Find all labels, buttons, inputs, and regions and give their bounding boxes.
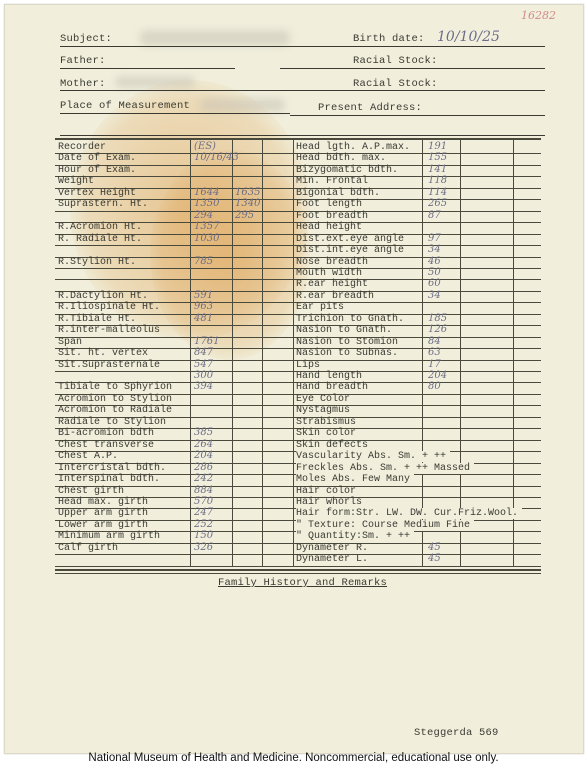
father-label: Father: (60, 55, 106, 67)
racial-stock-1-line (280, 68, 545, 69)
right-row-label: Moles Abs. Few Many (296, 474, 414, 485)
left-row-label: R.Stylion Ht. (58, 257, 136, 268)
left-row-value-1: 1357 (194, 221, 219, 232)
left-row-value-2: 1635 (235, 187, 260, 198)
right-row-value: 34 (428, 290, 441, 301)
left-row-value-1: 1644 (194, 187, 219, 198)
right-row-label: Eye Color (296, 394, 350, 405)
racial-stock-1-label: Racial Stock: (353, 55, 438, 67)
right-row-label: Hair form:Str. LW. DW. Cur.Friz.Wool. (296, 508, 522, 519)
column-divider (513, 139, 514, 566)
left-row-label: Vertex Height (58, 188, 136, 199)
right-row-value: 126 (428, 324, 447, 335)
right-row-value: 80 (428, 381, 441, 392)
right-row-label: Hair whorls (296, 497, 362, 508)
left-row-label: R.Dactylion Ht. (58, 291, 148, 302)
racial-stock-2-line (290, 90, 545, 91)
right-row-label: Nasion to Gnath. (296, 325, 392, 336)
right-row-value: 34 (428, 244, 441, 255)
right-row-label: R.ear breadth (296, 291, 374, 302)
left-row-label: Chest girth (58, 486, 124, 497)
left-row-label: Tibiale to Sphyrion (58, 382, 172, 393)
subject-label: Subject: (60, 33, 112, 45)
right-row-label: Hand breadth (296, 382, 368, 393)
table-bottom-rule (55, 569, 541, 571)
left-row-label: Upper arm girth (58, 508, 148, 519)
right-row-label: Vascularity Abs. Sm. + ++ (296, 451, 450, 462)
left-row-label: Date of Exam. (58, 153, 136, 164)
right-row-label: Head height (296, 222, 362, 233)
left-row-label: Calf girth (58, 543, 118, 554)
left-row-value-1: 785 (194, 256, 213, 267)
table-top-rule (55, 138, 541, 140)
left-row-value-1: 1030 (194, 233, 219, 244)
left-row-label: Radiale to Stylion (58, 417, 166, 428)
right-row-value: 191 (428, 141, 447, 152)
left-row-label: Recorder (58, 142, 106, 153)
father-line (60, 68, 235, 69)
right-row-label: " Texture: Course Medium Fine (296, 520, 474, 531)
left-row-value-1: 547 (194, 359, 213, 370)
right-row-label: Strabismus (296, 417, 356, 428)
left-row-value-1: 570 (194, 496, 213, 507)
right-row-label: Head bdth. max. (296, 153, 386, 164)
column-divider (422, 139, 423, 566)
left-row-value-1: 264 (194, 439, 213, 450)
left-row-label: Sit. ht. vertex (58, 348, 148, 359)
right-row-label: Mouth width (296, 268, 362, 279)
left-row-label: R.Tibiale Ht. (58, 314, 136, 325)
racial-stock-2-label: Racial Stock: (353, 78, 438, 90)
footer-note: National Museum of Health and Medicine. … (0, 752, 587, 764)
left-row-value-1: 394 (194, 381, 213, 392)
right-row-label: Ear pits (296, 302, 344, 313)
subject-line (60, 46, 290, 47)
right-row-value: 46 (428, 256, 441, 267)
right-row-label: Nystagmus (296, 405, 350, 416)
left-row-label: Chest transverse (58, 440, 154, 451)
left-row-label: Acromion to Stylion (58, 394, 172, 405)
right-row-label: Nasion to Subnas. (296, 348, 398, 359)
birth-date-value: 10/10/25 (437, 29, 500, 45)
signature: Steggerda 569 (414, 727, 499, 739)
column-divider (190, 139, 191, 566)
left-row-value-1: 1350 (194, 198, 219, 209)
right-row-value: 87 (428, 210, 441, 221)
right-row-value: 84 (428, 336, 441, 347)
left-row-label: Head max. girth (58, 497, 148, 508)
left-row-value-1: 481 (194, 313, 213, 324)
right-row-label: Dist.int.eye angle (296, 245, 404, 256)
left-row-label: R.Acromion Ht. (58, 222, 142, 233)
mother-line (60, 90, 290, 91)
remarks-heading: Family History and Remarks (218, 577, 387, 589)
left-row-value-1: 242 (194, 473, 213, 484)
left-row-value-1: 884 (194, 485, 213, 496)
left-row-value-2: 1340 (235, 198, 260, 209)
right-row-label: Bizygomatic bdth. (296, 165, 398, 176)
right-row-label: Bigonial bdth. (296, 188, 380, 199)
right-row-value: 63 (428, 347, 441, 358)
stain (150, 150, 310, 360)
column-divider (460, 139, 461, 566)
header-bottom-line (60, 135, 545, 136)
left-row-label: Weight (58, 176, 94, 187)
left-row-label: Bi-acromion bdth (58, 428, 154, 439)
redacted-subject (140, 30, 290, 46)
left-row-label: Interspinal bdth. (58, 474, 160, 485)
left-row-value-1: 204 (194, 450, 213, 461)
right-row-label: Nose breadth (296, 257, 368, 268)
right-row-label: Dist.ext.eye angle (296, 234, 404, 245)
anthropometric-record-sheet (4, 4, 584, 754)
table-bottom-rule (55, 573, 541, 574)
left-row-value-1: 294 (194, 210, 213, 221)
right-row-value: 204 (428, 370, 447, 381)
right-row-label: Lips (296, 360, 320, 371)
left-row-label: R.inter-malleolus (58, 325, 160, 336)
right-row-value: 185 (428, 313, 447, 324)
left-row-value-1: 847 (194, 347, 213, 358)
left-row-value-1: 252 (194, 519, 213, 530)
address-label: Present Address: (318, 102, 422, 114)
left-row-value-1: 385 (194, 427, 213, 438)
right-row-label: Head lgth. A.P.max. (296, 142, 410, 153)
right-row-label: Trichion to Gnath. (296, 314, 404, 325)
left-row-value-1: 326 (194, 542, 213, 553)
birth-date-line (290, 46, 545, 47)
left-row-value-1: 10/16/43 (194, 152, 239, 163)
column-divider (232, 139, 233, 566)
left-row-value-1: 286 (194, 462, 213, 473)
archive-number: 16282 (521, 9, 556, 22)
right-row-label: Hair color (296, 486, 356, 497)
left-row-label: Hour of Exam. (58, 165, 136, 176)
left-row-label: R. Radiale Ht. (58, 234, 142, 245)
address-line (290, 115, 545, 116)
right-row-label: Foot length (296, 199, 362, 210)
birth-date-label: Birth date: (353, 33, 425, 45)
left-row-label: Span (58, 337, 82, 348)
place-label: Place of Measurement (60, 100, 190, 112)
column-divider (293, 139, 294, 566)
redacted-mother (115, 76, 195, 88)
left-row-value-1: 1761 (194, 336, 219, 347)
left-row-value-1: 591 (194, 290, 213, 301)
right-row-value: 114 (428, 187, 447, 198)
left-row-value-1: 963 (194, 301, 213, 312)
right-row-label: R.ear height (296, 279, 368, 290)
left-row-value-1: 247 (194, 507, 213, 518)
right-row-label: Freckles Abs. Sm. + ++ Massed (296, 463, 474, 474)
right-row-label: Skin color (296, 428, 356, 439)
right-row-label: Nasion to Stomion (296, 337, 398, 348)
left-row-label: Sit.Suprasternale (58, 360, 160, 371)
left-row-value-1: 300 (194, 370, 213, 381)
right-row-label: Min. Frontal (296, 176, 368, 187)
right-row-value: 265 (428, 198, 447, 209)
place-line (60, 113, 290, 114)
left-row-label: Suprastern. Ht. (58, 199, 148, 210)
row-rule (55, 566, 541, 567)
right-row-value: 17 (428, 359, 441, 370)
right-row-value: 118 (428, 175, 447, 186)
right-row-value: 60 (428, 278, 441, 289)
left-row-label: Intercristal bdth. (58, 463, 166, 474)
right-row-value: 50 (428, 267, 441, 278)
right-row-value: 141 (428, 164, 447, 175)
right-row-label: Dynameter L. (296, 554, 368, 565)
right-row-value: 97 (428, 233, 441, 244)
right-row-label: Dynameter R. (296, 543, 368, 554)
right-row-label: Skin defects (296, 440, 368, 451)
left-row-value-1: 150 (194, 530, 213, 541)
redacted-place (200, 98, 285, 112)
right-row-label: Hand length (296, 371, 362, 382)
right-row-value: 45 (428, 553, 441, 564)
left-row-label: Minimum arm girth (58, 531, 160, 542)
left-row-label: Chest A.P. (58, 451, 118, 462)
mother-label: Mother: (60, 78, 106, 90)
left-row-label: Acromion to Radiale (58, 405, 172, 416)
left-row-value-2: 295 (235, 210, 254, 221)
left-row-label: Lower arm girth (58, 520, 148, 531)
column-divider (262, 139, 263, 566)
right-row-label: " Quantity:Sm. + ++ (296, 531, 414, 542)
right-row-label: Foot breadth (296, 211, 368, 222)
right-row-value: 45 (428, 542, 441, 553)
left-row-label: R.Iliospinale Ht. (58, 302, 160, 313)
left-row-value-1: (ES) (194, 141, 216, 152)
right-row-value: 155 (428, 152, 447, 163)
